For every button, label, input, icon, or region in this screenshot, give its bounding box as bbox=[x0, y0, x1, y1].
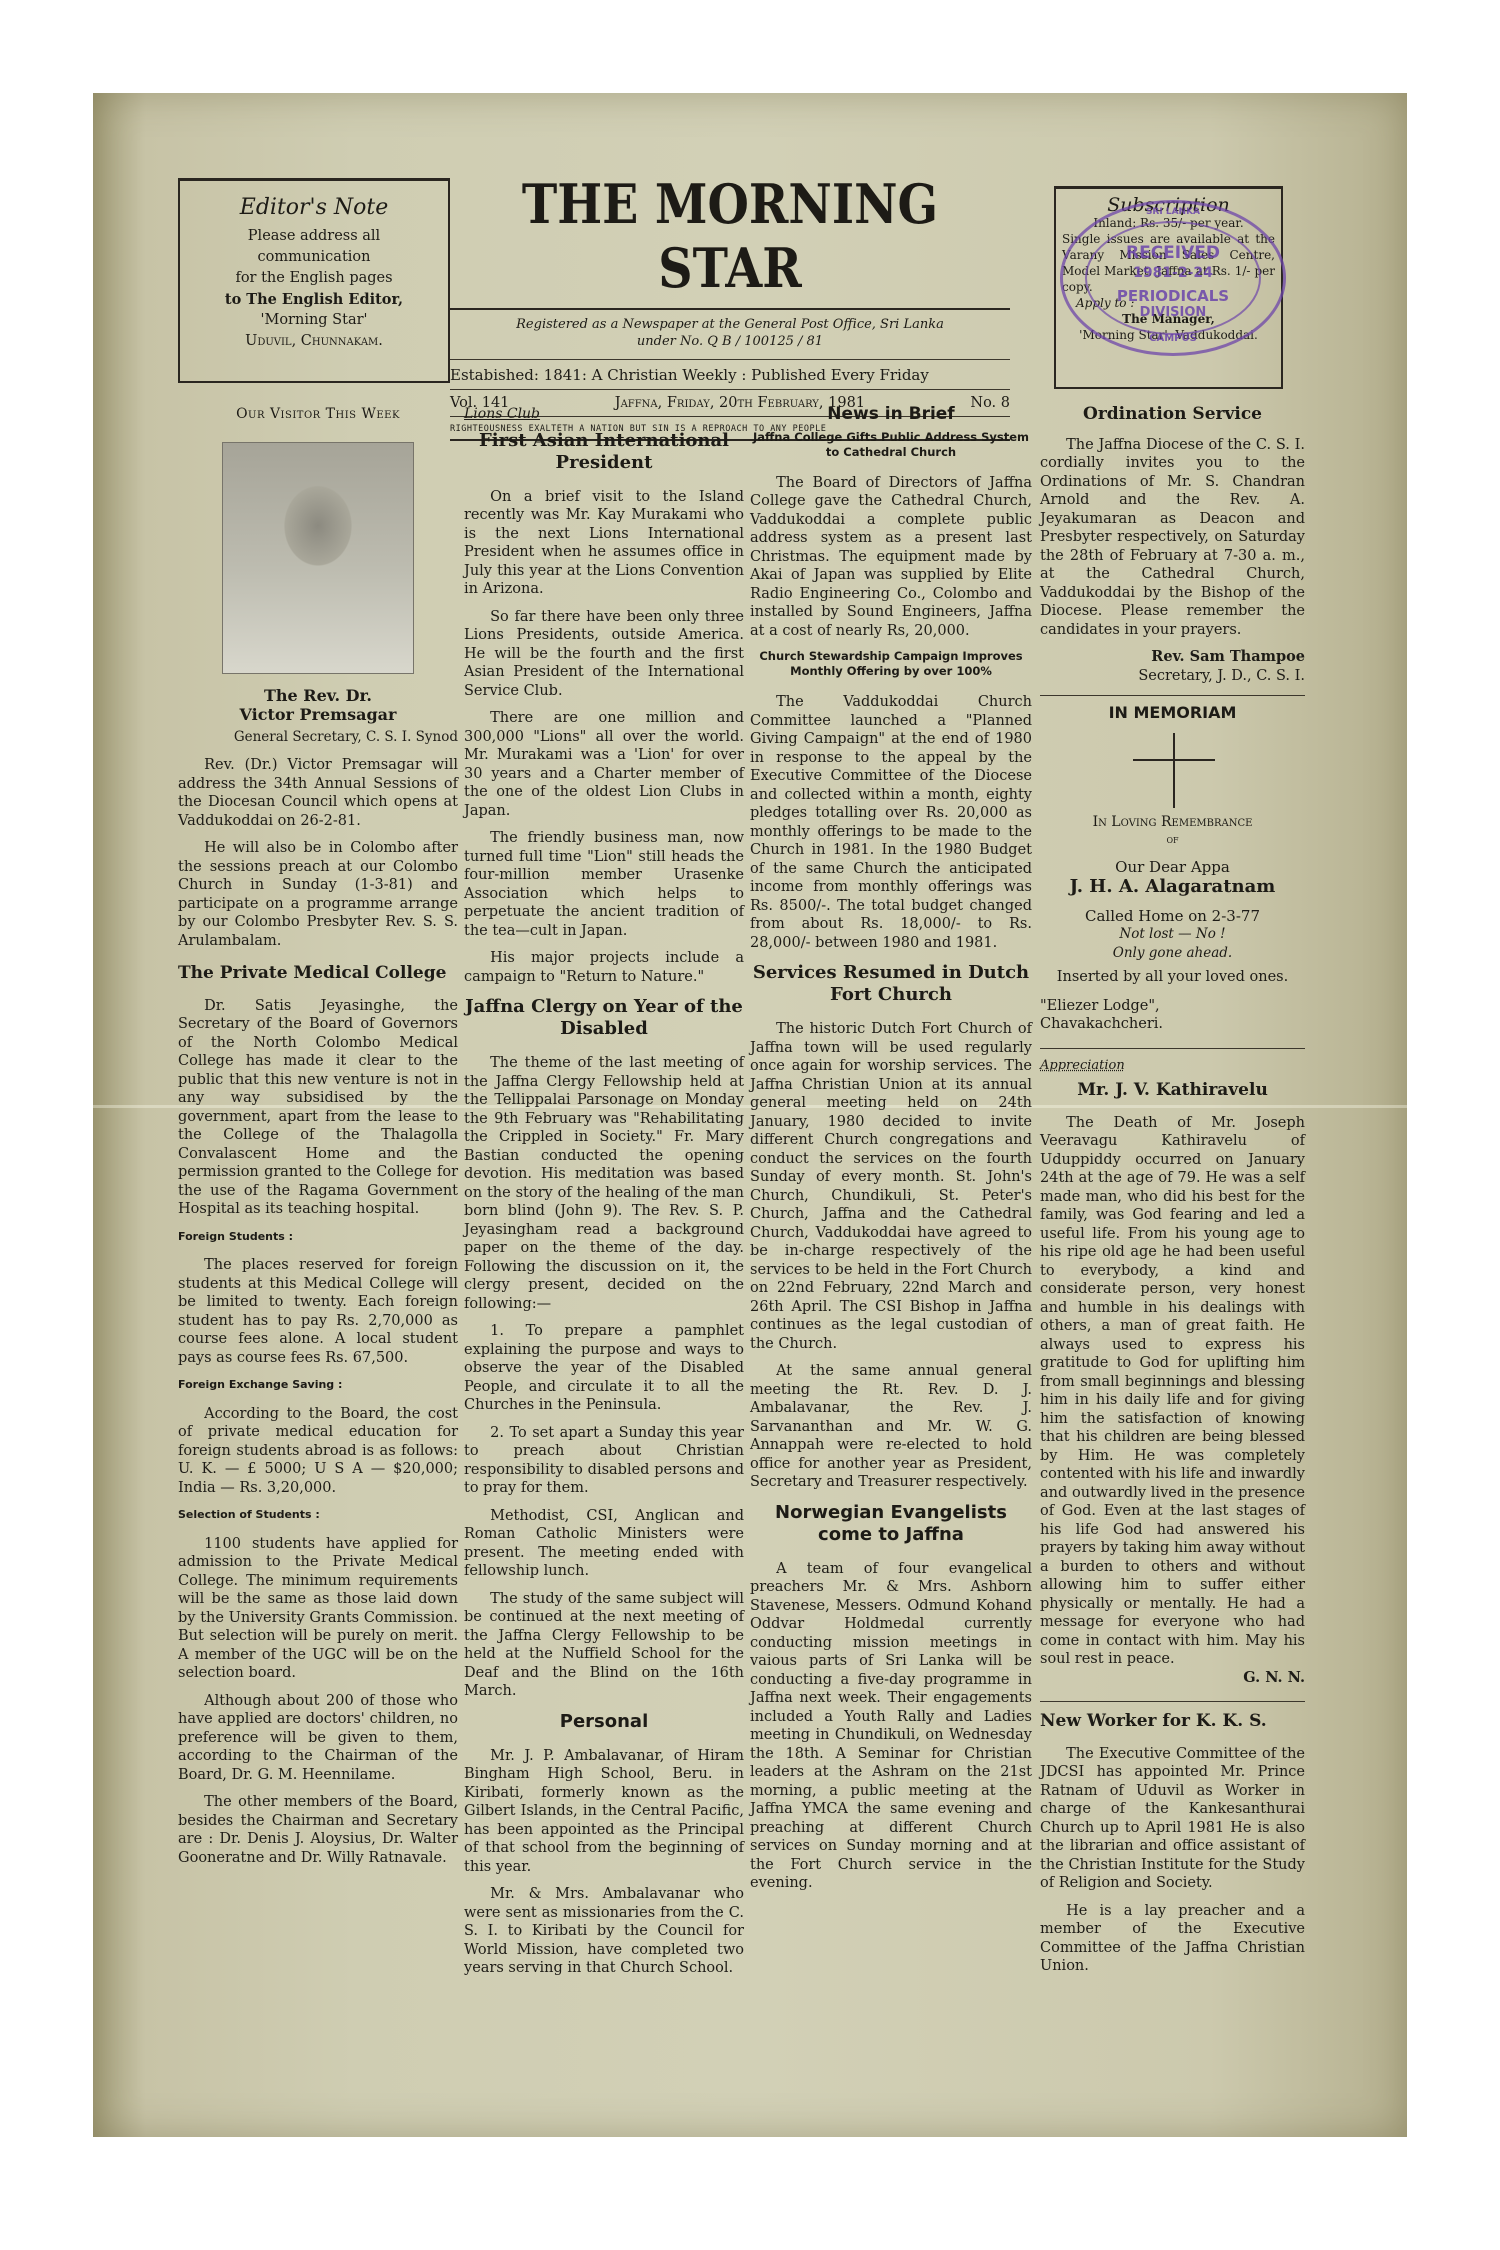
editors-note-line: Please address all bbox=[180, 226, 448, 247]
article-paragraph: According to the Board, the cost of priv… bbox=[178, 1405, 458, 1498]
article-paragraph: His major projects include a campaign to… bbox=[464, 949, 744, 986]
article-paragraph: The Vaddukoddai Church Committee launche… bbox=[750, 693, 1032, 952]
article-title-stewardship: Church Stewardship Campaign Improves Mon… bbox=[750, 649, 1032, 679]
memoriam-line: Our Dear Appa bbox=[1040, 858, 1305, 877]
article-paragraph: Although about 200 of those who have app… bbox=[178, 1692, 458, 1785]
editors-note-addressee: to The English Editor, bbox=[180, 289, 448, 310]
memoriam-name: J. H. A. Alagaratnam bbox=[1040, 878, 1305, 897]
caption-name: The Rev. Dr. bbox=[178, 686, 458, 705]
memoriam-address: Chavakachcheri. bbox=[1040, 1015, 1305, 1034]
visitor-portrait-photo bbox=[222, 442, 414, 674]
editors-note-paper: 'Morning Star' bbox=[180, 310, 448, 331]
subheading: Selection of Students : bbox=[178, 1506, 458, 1525]
article-title-lions: First Asian International President bbox=[464, 430, 744, 474]
article-paragraph: Methodist, CSI, Anglican and Roman Catho… bbox=[464, 1507, 744, 1581]
appreciation-signature: G. N. N. bbox=[1040, 1669, 1305, 1688]
received-stamp: SRI LANKA RECEIVED 1981-2-24 PERIODICALS… bbox=[1060, 200, 1286, 356]
article-paragraph: The places reserved for foreign students… bbox=[178, 1256, 458, 1367]
column-lions-clergy-personal: Lions Club First Asian International Pre… bbox=[464, 405, 744, 1987]
article-paragraph: Mr. & Mrs. Ambalavanar who were sent as … bbox=[464, 1885, 744, 1978]
column-news-in-brief: News in Brief Jaffna College Gifts Publi… bbox=[750, 405, 1032, 1902]
kicker-lions-club: Lions Club bbox=[464, 405, 744, 424]
article-paragraph: 1100 students have applied for admission… bbox=[178, 1535, 458, 1683]
memoriam-heading: IN MEMORIAM bbox=[1040, 704, 1305, 723]
memoriam-verse: Not lost — No ! bbox=[1040, 925, 1305, 944]
article-paragraph: The study of the same subject will be co… bbox=[464, 1590, 744, 1701]
editors-note-line: for the English pages bbox=[180, 268, 448, 289]
memoriam-called-home: Called Home on 2-3-77 bbox=[1040, 907, 1305, 926]
article-paragraph: The other members of the Board, besides … bbox=[178, 1793, 458, 1867]
article-paragraph: So far there have been only three Lions … bbox=[464, 608, 744, 701]
article-title-appreciation: Mr. J. V. Kathiravelu bbox=[1040, 1081, 1305, 1100]
article-paragraph: He will also be in Colombo after the ses… bbox=[178, 839, 458, 950]
article-paragraph: At the same annual general meeting the R… bbox=[750, 1362, 1032, 1492]
article-paragraph: The Executive Committee of the JDCSI has… bbox=[1040, 1745, 1305, 1893]
article-paragraph: The Death of Mr. Joseph Veeravagu Kathir… bbox=[1040, 1114, 1305, 1669]
memoriam-line: of bbox=[1040, 831, 1305, 850]
subheading: Foreign Students : bbox=[178, 1228, 458, 1247]
registration-number: under No. Q B / 100125 / 81 bbox=[450, 333, 1010, 350]
article-title-norwegian: Norwegian Evangelists come to Jaffna bbox=[750, 1502, 1032, 1546]
article-paragraph: The theme of the last meeting of the Jaf… bbox=[464, 1054, 744, 1313]
article-paragraph: A team of four evangelical preachers Mr.… bbox=[750, 1560, 1032, 1893]
article-paragraph: There are one million and 300,000 "Lions… bbox=[464, 709, 744, 820]
article-title-kks: New Worker for K. K. S. bbox=[1040, 1712, 1305, 1731]
memoriam-inserted-by: Inserted by all your loved ones. bbox=[1040, 968, 1305, 987]
editors-note-title: Editor's Note bbox=[180, 195, 448, 220]
article-paragraph: The Board of Directors of Jaffna College… bbox=[750, 474, 1032, 641]
article-title-dutch-fort: Services Resumed in Dutch Fort Church bbox=[750, 962, 1032, 1006]
column-visitor-medical: Our Visitor This Week The Rev. Dr. Victo… bbox=[178, 405, 458, 1876]
article-title-medical-college: The Private Medical College bbox=[178, 964, 458, 983]
column-ordination-memoriam: Ordination Service The Jaffna Diocese of… bbox=[1040, 405, 1305, 1985]
article-paragraph: Mr. J. P. Ambalavanar, of Hiram Bingham … bbox=[464, 1747, 744, 1877]
article-paragraph: 1. To prepare a pamphlet explaining the … bbox=[464, 1322, 744, 1415]
caption-role: General Secretary, C. S. I. Synod bbox=[178, 728, 458, 747]
registration-line: Registered as a Newspaper at the General… bbox=[450, 316, 1010, 333]
article-title-personal: Personal bbox=[464, 1711, 744, 1733]
editors-note-line: communication bbox=[180, 247, 448, 268]
caption-name: Victor Premsagar bbox=[178, 705, 458, 724]
ordination-signatory-role: Secretary, J. D., C. S. I. bbox=[1040, 667, 1305, 686]
article-paragraph: He is a lay preacher and a member of the… bbox=[1040, 1902, 1305, 1976]
memoriam-line: In Loving Remembrance bbox=[1040, 813, 1305, 832]
article-paragraph: Dr. Satis Jeyasinghe, the Secretary of t… bbox=[178, 997, 458, 1219]
editors-note-address: Uduvil, Chunnakam. bbox=[180, 331, 448, 352]
cross-icon bbox=[1040, 723, 1305, 813]
editors-note-box: Editor's Note Please address all communi… bbox=[178, 178, 450, 383]
article-title-pa-system: Jaffna College Gifts Public Address Syst… bbox=[750, 430, 1032, 460]
section-heading-visitor: Our Visitor This Week bbox=[178, 405, 458, 424]
article-paragraph: On a brief visit to the Island recently … bbox=[464, 488, 744, 599]
masthead: THE MORNING STAR Registered as a Newspap… bbox=[450, 172, 1010, 441]
ordination-signature: Rev. Sam Thampoe bbox=[1040, 648, 1305, 667]
article-paragraph: 2. To set apart a Sunday this year to pr… bbox=[464, 1424, 744, 1498]
article-title-ordination: Ordination Service bbox=[1040, 405, 1305, 424]
article-paragraph: The Jaffna Diocese of the C. S. I. cordi… bbox=[1040, 436, 1305, 640]
article-paragraph: The historic Dutch Fort Church of Jaffna… bbox=[750, 1020, 1032, 1353]
established-line: Estabished: 1841: A Christian Weekly : P… bbox=[450, 366, 1010, 384]
kicker-appreciation: Appreciation bbox=[1040, 1057, 1305, 1076]
article-title-clergy: Jaffna Clergy on Year of the Disabled bbox=[464, 996, 744, 1040]
memoriam-address: "Eliezer Lodge", bbox=[1040, 997, 1305, 1016]
section-heading-news-in-brief: News in Brief bbox=[750, 405, 1032, 424]
memoriam-verse: Only gone ahead. bbox=[1040, 944, 1305, 963]
article-paragraph: Rev. (Dr.) Victor Premsagar will address… bbox=[178, 756, 458, 830]
subheading: Foreign Exchange Saving : bbox=[178, 1376, 458, 1395]
masthead-title: THE MORNING STAR bbox=[484, 172, 977, 300]
article-paragraph: The friendly business man, now turned fu… bbox=[464, 829, 744, 940]
